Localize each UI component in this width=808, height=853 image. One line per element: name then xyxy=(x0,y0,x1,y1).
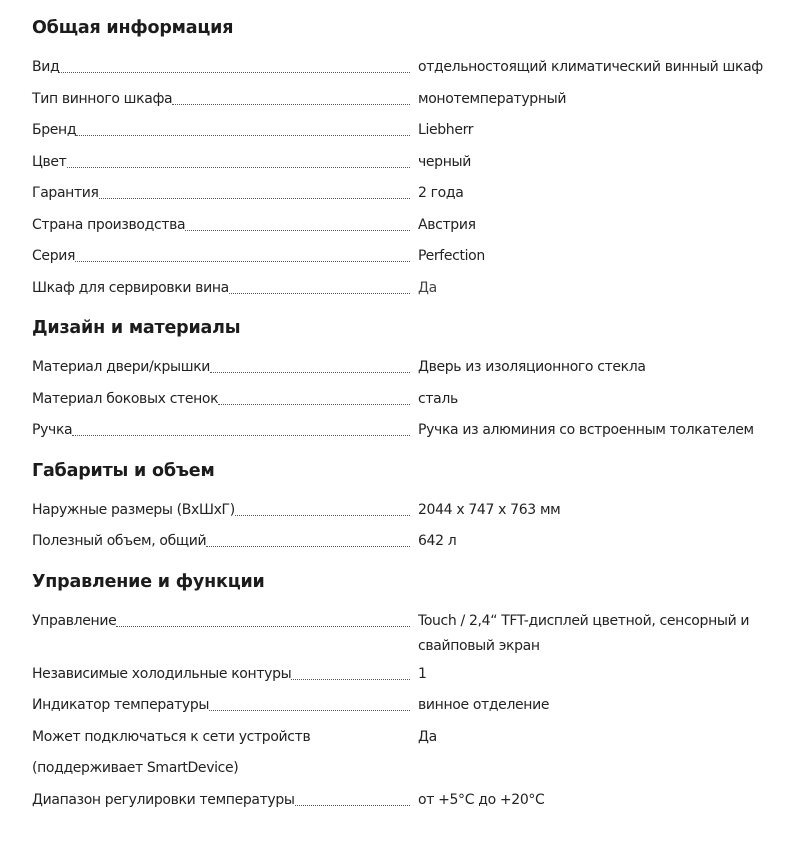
spec-row: Диапазон регулировки температуры от +5°C… xyxy=(32,785,808,817)
section-design-materials: Дизайн и материалы Материал двери/крышки… xyxy=(32,314,808,447)
spec-row: Цвет черный xyxy=(32,147,808,179)
spec-label: Материал двери/крышки xyxy=(32,352,210,384)
section-title: Общая информация xyxy=(32,14,808,42)
spec-row: Наружные размеры (ВхШхГ) 2044 x 747 x 76… xyxy=(32,495,808,527)
spec-row: Индикатор температуры винное отделение xyxy=(32,690,808,722)
spec-row: Независимые холодильные контуры 1 xyxy=(32,659,808,691)
spec-value: от +5°C до +20°C xyxy=(414,785,808,817)
dotted-leader xyxy=(210,352,410,373)
spec-value: винное отделение xyxy=(414,690,808,722)
section-title: Габариты и объем xyxy=(32,457,808,485)
spec-label: Управление xyxy=(32,606,116,638)
spec-value: Да xyxy=(414,273,808,305)
dotted-leader xyxy=(209,690,410,711)
spec-label: Независимые холодильные контуры xyxy=(32,659,291,691)
spec-value: Ручка из алюминия со встроенным толкател… xyxy=(414,415,808,447)
spec-value: отдельностоящий климатический винный шка… xyxy=(414,52,808,84)
spec-label: Диапазон регулировки температуры xyxy=(32,785,295,817)
dotted-leader xyxy=(185,210,410,231)
spec-value: Да xyxy=(414,722,808,754)
spec-value: 2044 x 747 x 763 мм xyxy=(414,495,808,527)
spec-label: Бренд xyxy=(32,115,76,147)
dotted-leader xyxy=(218,384,410,405)
spec-label: Вид xyxy=(32,52,59,84)
dotted-leader xyxy=(206,526,410,547)
dotted-leader xyxy=(99,178,410,199)
spec-label: Страна производства xyxy=(32,210,185,242)
spec-label: Может подключаться к сети устройств (под… xyxy=(32,722,332,785)
section-dimensions-volume: Габариты и объем Наружные размеры (ВхШхГ… xyxy=(32,457,808,558)
spec-value: Liebherr xyxy=(414,115,808,147)
section-title: Управление и функции xyxy=(32,568,808,596)
spec-row: Управление Touch / 2,4“ TFT-дисплей цвет… xyxy=(32,606,808,659)
spec-label: Полезный объем, общий xyxy=(32,526,206,558)
dotted-leader xyxy=(59,52,410,73)
spec-row: Серия Perfection xyxy=(32,241,808,273)
spec-label: Цвет xyxy=(32,147,67,179)
spec-row: Вид отдельностоящий климатический винный… xyxy=(32,52,808,84)
spec-value: Дверь из изоляционного стекла xyxy=(414,352,808,384)
spec-row: Материал боковых стенок сталь xyxy=(32,384,808,416)
spec-label: Индикатор температуры xyxy=(32,690,209,722)
dotted-leader xyxy=(76,115,410,136)
spec-row: Шкаф для сервировки вина Да xyxy=(32,273,808,305)
spec-label: Шкаф для сервировки вина xyxy=(32,273,229,305)
dotted-leader xyxy=(67,147,411,168)
spec-row: Бренд Liebherr xyxy=(32,115,808,147)
spec-value: 642 л xyxy=(414,526,808,558)
dotted-leader xyxy=(72,415,410,436)
spec-label: Серия xyxy=(32,241,75,273)
dotted-leader xyxy=(116,606,410,627)
spec-value: Perfection xyxy=(414,241,808,273)
spec-value: черный xyxy=(414,147,808,179)
spec-label: Ручка xyxy=(32,415,72,447)
dotted-leader xyxy=(295,785,410,806)
section-title: Дизайн и материалы xyxy=(32,314,808,342)
spec-label: Гарантия xyxy=(32,178,99,210)
dotted-leader xyxy=(235,495,410,516)
dotted-leader xyxy=(229,273,410,294)
spec-label: Наружные размеры (ВхШхГ) xyxy=(32,495,235,527)
dotted-leader xyxy=(291,659,410,680)
dotted-leader xyxy=(172,84,410,105)
section-general-info: Общая информация Вид отдельностоящий кли… xyxy=(32,14,808,304)
spec-value: 1 xyxy=(414,659,808,691)
spec-row: Страна производства Австрия xyxy=(32,210,808,242)
spec-row: Материал двери/крышки Дверь из изоляцион… xyxy=(32,352,808,384)
spec-value: Touch / 2,4“ TFT-дисплей цветной, сенсор… xyxy=(414,606,808,659)
spec-value: Австрия xyxy=(414,210,808,242)
specifications-page: Общая информация Вид отдельностоящий кли… xyxy=(0,0,808,816)
spec-value: сталь xyxy=(414,384,808,416)
spec-row: Может подключаться к сети устройств (под… xyxy=(32,722,808,785)
spec-row: Ручка Ручка из алюминия со встроенным то… xyxy=(32,415,808,447)
spec-row: Гарантия 2 года xyxy=(32,178,808,210)
dotted-leader xyxy=(75,241,410,262)
spec-row: Полезный объем, общий 642 л xyxy=(32,526,808,558)
dotted-leader xyxy=(332,722,410,742)
spec-value: монотемпературный xyxy=(414,84,808,116)
spec-row: Тип винного шкафа монотемпературный xyxy=(32,84,808,116)
spec-value: 2 года xyxy=(414,178,808,210)
spec-label: Тип винного шкафа xyxy=(32,84,172,116)
spec-label: Материал боковых стенок xyxy=(32,384,218,416)
section-controls-functions: Управление и функции Управление Touch / … xyxy=(32,568,808,817)
